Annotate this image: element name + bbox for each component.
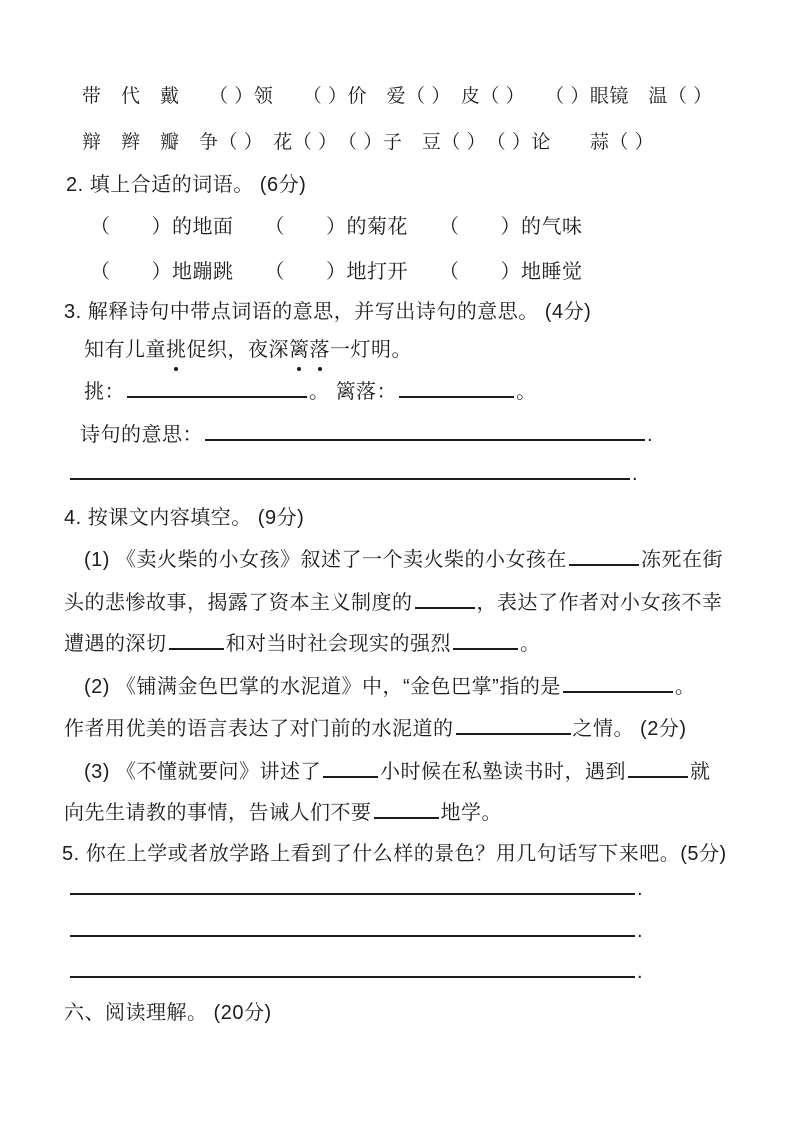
- poem-segment: 促织，夜深: [187, 339, 290, 361]
- q6-section-title: 六、阅读理解。 (20分): [64, 998, 272, 1028]
- q4-part1-line2: 头的悲惨故事，揭露了资本主义制度的，表达了作者对小女孩不幸: [64, 588, 723, 618]
- text-segment: 遭遇的深切: [64, 633, 167, 655]
- text-segment: 头的悲惨故事，揭露了资本主义制度的: [64, 592, 413, 614]
- tiao-answer-blank: [127, 396, 307, 398]
- text-segment: (1) 《卖火柴的小女孩》叙述了一个卖火柴的小女孩在: [84, 549, 567, 571]
- liluo-answer-blank: [399, 396, 514, 398]
- fill-blank: [569, 564, 639, 566]
- text-segment: 之情。 (2分): [573, 718, 687, 740]
- q4-part1-line3: 遭遇的深切和对当时社会现实的强烈。: [64, 629, 541, 659]
- fill-blank: [453, 648, 518, 650]
- q4-part2-line2: 作者用优美的语言表达了对门前的水泥道的之情。 (2分): [64, 714, 687, 744]
- q4-part1-line1: (1) 《卖火柴的小女孩》叙述了一个卖火柴的小女孩在冻死在街: [84, 545, 723, 575]
- fill-blank: [374, 817, 439, 819]
- q1-character-row-2: 辩 辫 瓣 争（ ） 花（ ） （ ）子 豆（ ） （ ）论 蒜（ ）: [82, 128, 654, 158]
- q2-title: 2. 填上合适的词语。 (6分): [66, 170, 306, 200]
- text-segment: 向先生请教的事情，告诫人们不要: [64, 802, 372, 824]
- period-dot: .: [637, 920, 643, 942]
- q5-answer-line-3: .: [68, 957, 643, 987]
- q4-title: 4. 按课文内容填空。 (9分): [64, 503, 304, 533]
- text-segment: 冻死在街: [641, 549, 723, 571]
- meaning-label: 诗句的意思：: [80, 424, 203, 446]
- text-segment: 小时候在私塾读书时，遇到: [380, 761, 626, 783]
- fill-blank: [563, 691, 673, 693]
- full-stop: 。: [309, 381, 330, 403]
- poem-emphasized-char-tiao: 挑: [166, 335, 187, 365]
- q4-part3-line1: (3) 《不懂就要问》讲述了小时候在私塾读书时，遇到就: [84, 757, 711, 787]
- poem-emphasized-char-luo: 落: [310, 335, 331, 365]
- q1-character-row-1: 带 代 戴 （ ）领 （ ）价 爱（ ） 皮（ ） （ ）眼镜 温（ ）: [82, 82, 713, 112]
- fill-blank: [415, 607, 475, 609]
- q5-title: 5. 你在上学或者放学路上看到了什么样的景色？用几句话写下来吧。(5分): [62, 839, 727, 869]
- fill-blank: [456, 733, 571, 735]
- q3-word-definition-line: 挑：。 篱落：。: [84, 377, 537, 407]
- q4-part2-line1: (2) 《铺满金色巴掌的水泥道》中，“金色巴掌”指的是。: [84, 672, 695, 702]
- q3-poem-line: 知有儿童挑促织，夜深篱落一灯明。: [84, 335, 412, 365]
- poem-segment: 一灯明。: [330, 339, 412, 361]
- text-segment: 作者用优美的语言表达了对门前的水泥道的: [64, 718, 454, 740]
- text-segment: (3) 《不懂就要问》讲述了: [84, 761, 321, 783]
- fill-blank: [169, 648, 224, 650]
- fill-blank: [628, 776, 688, 778]
- text-segment: 。: [675, 676, 696, 698]
- text-segment: ，表达了作者对小女孩不幸: [477, 592, 723, 614]
- fill-blank: [323, 776, 378, 778]
- period-dot: .: [647, 424, 653, 446]
- poem-segment: 知有儿童: [84, 339, 166, 361]
- exam-paper-page: 带 代 戴 （ ）领 （ ）价 爱（ ） 皮（ ） （ ）眼镜 温（ ） 辩 辫…: [0, 0, 793, 1122]
- text-segment: 。: [520, 633, 541, 655]
- writing-blank: [70, 893, 635, 895]
- text-segment: 就: [690, 761, 711, 783]
- period-dot: .: [632, 463, 638, 485]
- q5-answer-line-1: .: [68, 874, 643, 904]
- q3-title: 3. 解释诗句中带点词语的意思，并写出诗句的意思。 (4分): [64, 297, 591, 327]
- q3-meaning-continuation-line: .: [68, 459, 638, 489]
- text-segment: (2) 《铺满金色巴掌的水泥道》中，“金色巴掌”指的是: [84, 676, 561, 698]
- writing-blank: [70, 976, 635, 978]
- tiao-label: 挑：: [84, 381, 125, 403]
- q5-answer-line-2: .: [68, 916, 643, 946]
- q4-part3-line2: 向先生请教的事情，告诫人们不要地学。: [64, 798, 502, 828]
- writing-blank: [70, 935, 635, 937]
- meaning-answer-blank: [205, 439, 645, 441]
- text-segment: 地学。: [441, 802, 503, 824]
- meaning-answer-blank-2: [70, 478, 630, 480]
- text-segment: 和对当时社会现实的强烈: [226, 633, 452, 655]
- full-stop: 。: [516, 381, 537, 403]
- q2-fill-row-2: （ ）地蹦跳 （ ）地打开 （ ）地睡觉: [90, 257, 583, 287]
- liluo-label: 篱落：: [336, 381, 398, 403]
- period-dot: .: [637, 961, 643, 983]
- poem-emphasized-char-li: 篱: [289, 335, 310, 365]
- period-dot: .: [637, 878, 643, 900]
- q3-meaning-line: 诗句的意思：.: [80, 420, 653, 450]
- q2-fill-row-1: （ ）的地面 （ ）的菊花 （ ）的气味: [90, 212, 583, 242]
